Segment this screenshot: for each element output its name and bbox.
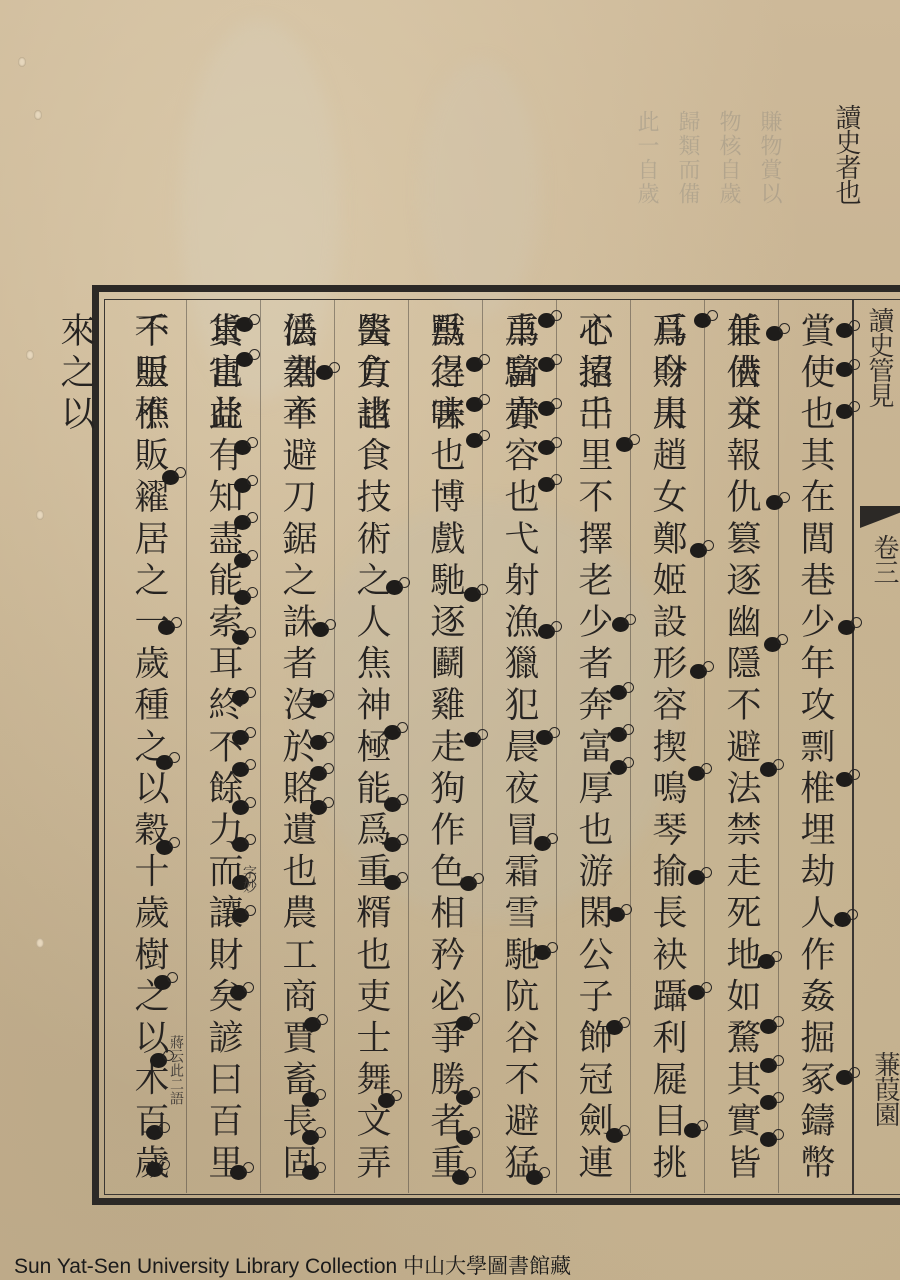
emphasis-dot-icon [456, 1016, 473, 1031]
emphasis-dot-icon [234, 590, 251, 605]
text-column-1: 賞使也其在閭巷少年攻剽椎埋劫人作姦掘冢鑄幣任俠并 [778, 300, 852, 1195]
emphasis-dot-icon [690, 664, 707, 679]
emphasis-dot-icon [230, 985, 247, 1000]
bleed-through-text: 賺物賞以 物核自歲 歸類而備 此一自歲 [570, 110, 785, 290]
emphasis-dot-icon [760, 1019, 777, 1034]
emphasis-dot-icon [162, 470, 179, 485]
emphasis-dot-icon [302, 1130, 319, 1145]
emphasis-dot-icon [538, 313, 555, 328]
emphasis-dot-icon [610, 727, 627, 742]
emphasis-dot-icon [384, 725, 401, 740]
emphasis-dot-icon [378, 1093, 395, 1108]
binding-hole [34, 110, 42, 120]
emphasis-dot-icon [694, 313, 711, 328]
emphasis-dot-icon [534, 945, 551, 960]
emphasis-dot-icon [304, 1017, 321, 1032]
binding-hole [36, 510, 44, 520]
interlinear-annotation: 蔣云此二語 [168, 1035, 184, 1105]
emphasis-dot-icon [606, 1128, 623, 1143]
emphasis-dot-icon [158, 620, 175, 635]
emphasis-dot-icon [312, 622, 329, 637]
emphasis-dot-icon [684, 1123, 701, 1138]
emphasis-dot-icon [538, 440, 555, 455]
banxin: 讀史管見 卷三 蒹葭園 [858, 299, 900, 1195]
emphasis-dot-icon [234, 440, 251, 455]
emphasis-dot-icon [310, 766, 327, 781]
emphasis-dot-icon [758, 954, 775, 969]
emphasis-dot-icon [156, 840, 173, 855]
emphasis-dot-icon [466, 357, 483, 372]
collection-caption-en: Sun Yat-Sen University Library Collectio… [14, 1255, 397, 1278]
emphasis-dot-icon [688, 766, 705, 781]
emphasis-dot-icon [234, 478, 251, 493]
emphasis-dot-icon [230, 1165, 247, 1180]
emphasis-dot-icon [232, 800, 249, 815]
text-column-9: 貨也此有知盡能索耳終不餘力而讓財矣諺曰百里不販樵 [186, 300, 260, 1195]
emphasis-dot-icon [232, 908, 249, 923]
emphasis-dot-icon [452, 1170, 469, 1185]
emphasis-dot-icon [310, 800, 327, 815]
interlinear-annotation: 字妙 [241, 865, 257, 893]
emphasis-dot-icon [836, 404, 853, 419]
emphasis-dot-icon [760, 1058, 777, 1073]
fishtail-mark [860, 506, 900, 528]
emphasis-dot-icon [766, 495, 783, 510]
book-title: 讀史管見 [864, 307, 894, 407]
text-column-4: 不遠千里不擇老少者奔富厚也游閑公子飾冠劍連車騎亦 [556, 300, 630, 1195]
emphasis-dot-icon [608, 907, 625, 922]
emphasis-dot-icon [236, 352, 253, 367]
emphasis-dot-icon [234, 515, 251, 530]
emphasis-dot-icon [466, 397, 483, 412]
emphasis-dot-icon [538, 477, 555, 492]
emphasis-dot-icon [456, 1130, 473, 1145]
binding-hole [18, 57, 26, 67]
emphasis-dot-icon [232, 762, 249, 777]
volume-label: 卷三 [866, 534, 900, 584]
text-column-7: 醫方諸食技術之人焦神極能爲重糈也吏士舞文弄法刻章 [334, 300, 408, 1195]
emphasis-dot-icon [688, 985, 705, 1000]
emphasis-dot-icon [606, 1020, 623, 1035]
top-note: 讀史者也 [832, 104, 860, 204]
emphasis-dot-icon [232, 837, 249, 852]
paper-stain [420, 60, 540, 320]
emphasis-dot-icon [232, 730, 249, 745]
emphasis-dot-icon [766, 326, 783, 341]
emphasis-dot-icon [526, 1170, 543, 1185]
emphasis-dot-icon [538, 401, 555, 416]
emphasis-dot-icon [150, 1053, 167, 1068]
emphasis-dot-icon [302, 1092, 319, 1107]
emphasis-dot-icon [836, 1070, 853, 1085]
emphasis-dot-icon [760, 762, 777, 777]
emphasis-dot-icon [460, 876, 477, 891]
emphasis-dot-icon [456, 1090, 473, 1105]
emphasis-dot-icon [464, 587, 481, 602]
emphasis-dot-icon [236, 317, 253, 332]
emphasis-dot-icon [760, 1095, 777, 1110]
emphasis-dot-icon [232, 630, 249, 645]
emphasis-dot-icon [536, 730, 553, 745]
emphasis-dot-icon [154, 975, 171, 990]
emphasis-dot-icon [690, 543, 707, 558]
emphasis-dot-icon [384, 875, 401, 890]
text-column-5: 爲富貴容也弋射漁獵犯晨夜冒霜雪馳阬谷不避猛獸之害 [482, 300, 556, 1195]
emphasis-dot-icon [836, 323, 853, 338]
binding-hole [26, 350, 34, 360]
emphasis-dot-icon [616, 437, 633, 452]
emphasis-dot-icon [310, 735, 327, 750]
emphasis-dot-icon [234, 553, 251, 568]
emphasis-dot-icon [384, 837, 401, 852]
emphasis-dot-icon [836, 772, 853, 787]
emphasis-dot-icon [764, 637, 781, 652]
emphasis-dot-icon [610, 760, 627, 775]
collection-caption: Sun Yat-Sen University Library Collectio… [14, 1250, 571, 1280]
emphasis-dot-icon [538, 624, 555, 639]
emphasis-dot-icon [156, 755, 173, 770]
emphasis-dot-icon [386, 580, 403, 595]
emphasis-dot-icon [232, 690, 249, 705]
emphasis-dot-icon [534, 836, 551, 851]
emphasis-dot-icon [838, 620, 855, 635]
emphasis-dot-icon [834, 912, 851, 927]
emphasis-dot-icon [316, 365, 333, 380]
publisher-label: 蒹葭園 [870, 1051, 900, 1126]
emphasis-dot-icon [836, 362, 853, 377]
emphasis-dot-icon [464, 732, 481, 747]
emphasis-dot-icon [688, 870, 705, 885]
emphasis-dot-icon [384, 797, 401, 812]
emphasis-dot-icon [146, 1162, 163, 1177]
emphasis-dot-icon [146, 1125, 163, 1140]
emphasis-dot-icon [538, 357, 555, 372]
emphasis-dot-icon [466, 433, 483, 448]
collection-caption-zh: 中山大學圖書館藏 [403, 1254, 571, 1278]
text-column-3: 耳今夫趙女鄭姬設形容揳鳴琴揄長袂躡利屣目挑心招出 [630, 300, 704, 1195]
emphasis-dot-icon [302, 1165, 319, 1180]
emphasis-dot-icon [610, 685, 627, 700]
binding-hole [36, 938, 44, 948]
emphasis-dot-icon [612, 617, 629, 632]
banxin-rule [852, 299, 854, 1195]
emphasis-dot-icon [760, 1132, 777, 1147]
emphasis-dot-icon [310, 693, 327, 708]
